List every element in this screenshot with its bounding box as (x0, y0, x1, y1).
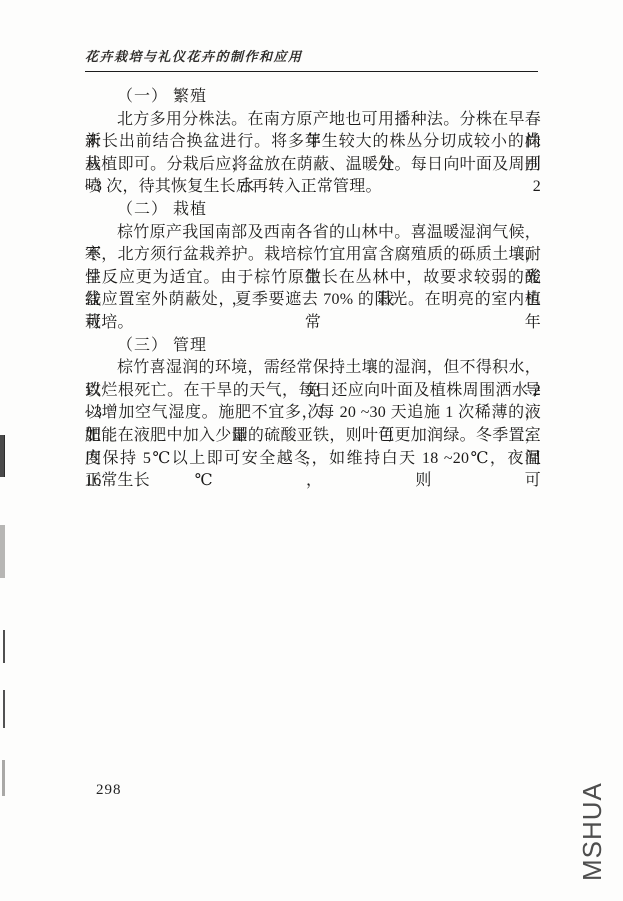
scanner-watermark: MSHUA (577, 785, 607, 881)
body-text-block: （一） 繁殖 北方多用分株法。在南方原产地也可用播种法。分株在早春新芽尚 未长出… (85, 86, 541, 493)
text-line: 未长出前结合换盆进行。将多年生较大的株丛分切成较小的株丛，分别 (85, 131, 541, 154)
section-heading: （三） 管理 (85, 335, 541, 358)
scan-artifact (0, 435, 5, 477)
scanned-book-page: 花卉栽培与礼仪花卉的制作和应用 （一） 繁殖 北方多用分株法。在南方原产地也可用… (0, 0, 623, 901)
scan-artifact (2, 760, 5, 796)
text-line: 如能在液肥中加入少量的硫酸亚铁，则叶色更加润绿。冬季置室内，温 (85, 425, 541, 448)
text-line: 盆应置室外荫蔽处，夏季要遮去 70% 的阳光。在明亮的室内也可常年 (85, 289, 541, 312)
scan-artifact (0, 525, 5, 578)
text-line: 栽植即可。分栽后应将盆放在荫蔽、温暖处。每日向叶面及周围喷水 2 (85, 154, 541, 177)
scan-artifact (3, 690, 5, 728)
text-line: 致烂根死亡。在干旱的天气，每日还应向叶面及植株周围洒水 2 ~3 次， (85, 380, 541, 403)
scan-artifact (3, 630, 5, 663)
text-line: 棕竹喜湿润的环境，需经常保持土壤的湿润，但不得积水，以免导 (85, 357, 541, 380)
text-line: 北方多用分株法。在南方原产地也可用播种法。分株在早春新芽尚 (85, 109, 541, 132)
page-number: 298 (96, 782, 122, 799)
text-line: 以增加空气湿度。施肥不宜多，每 20 ~30 天追施 1 次稀薄的液肥即可， (85, 402, 541, 425)
running-header-title: 花卉栽培与礼仪花卉的制作和应用 (85, 46, 303, 65)
section-heading: （一） 繁殖 (85, 86, 541, 109)
text-line: 性反应更为适宜。由于棕竹原生长在丛林中，故要求较弱的光线，栽植 (85, 267, 541, 290)
text-line: 棕竹原产我国南部及西南各省的山林中。喜温暖湿润气候，不耐 (85, 222, 541, 245)
text-line: 寒，北方须行盆栽养护。栽培棕竹宜用富含腐殖质的砾质土壤，呈微酸 (85, 244, 541, 267)
text-line: 度保持 5℃以上即可安全越冬，如维持白天 18 ~20℃，夜间 16℃，则可 (85, 448, 541, 471)
section-heading: （二） 栽植 (85, 199, 541, 222)
header-rule-divider (85, 71, 538, 72)
